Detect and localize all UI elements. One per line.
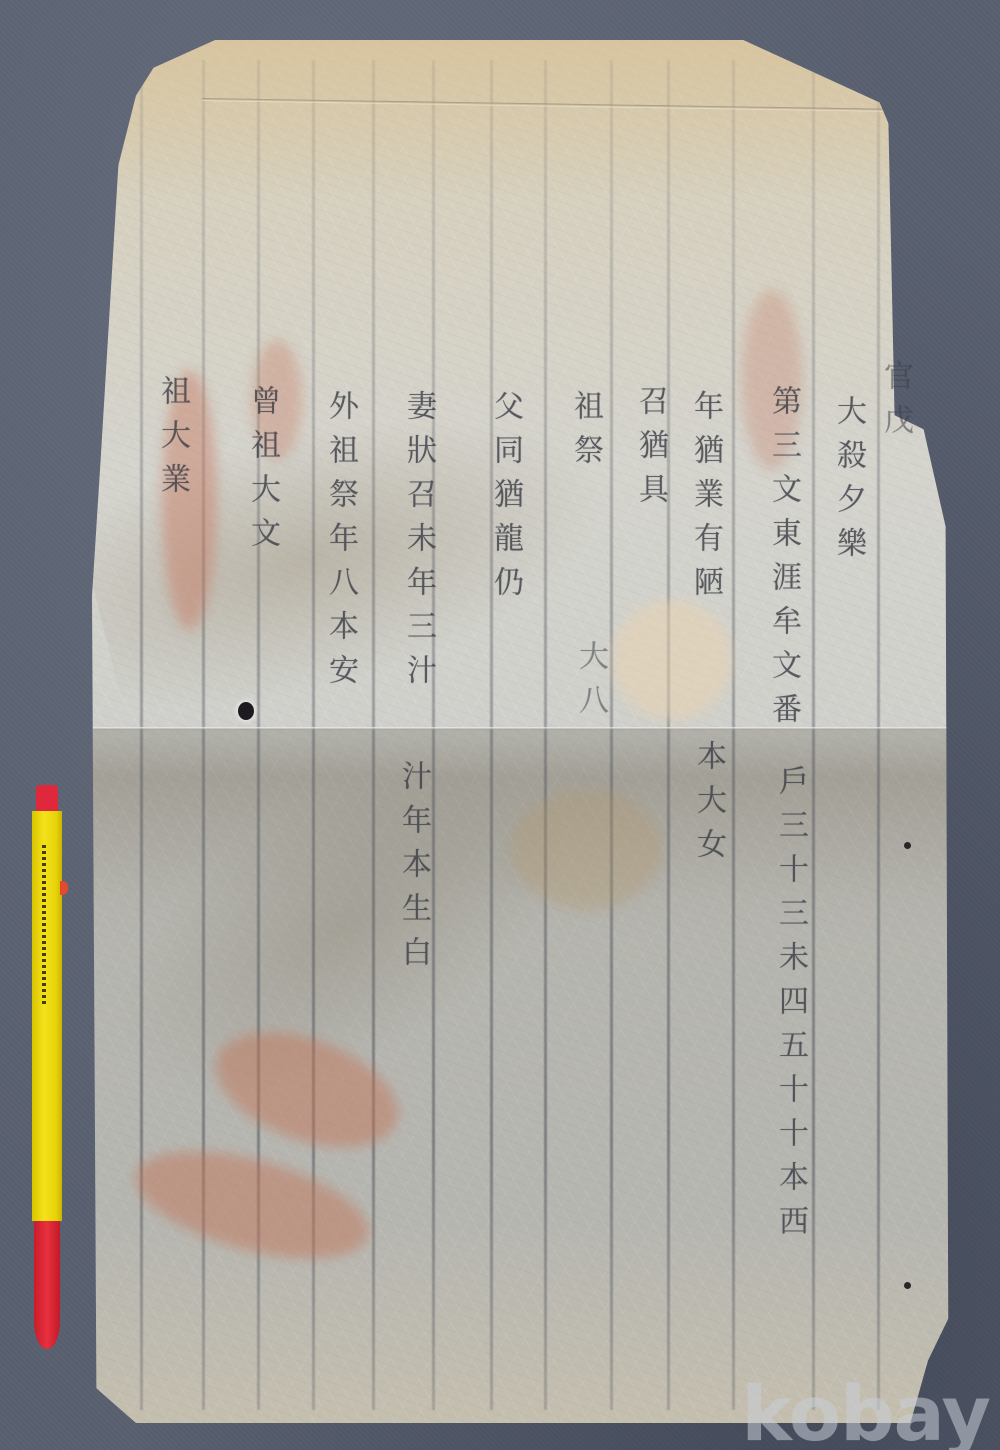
pen-barrel <box>32 811 62 1221</box>
water-stain <box>612 600 732 720</box>
ruled-line <box>490 60 493 1410</box>
ruled-line <box>372 60 375 1410</box>
punch-hole <box>238 702 254 720</box>
ruled-line <box>432 60 435 1410</box>
ruled-line <box>544 60 547 1410</box>
text-column: 父同猶龍仍 <box>490 390 520 610</box>
pen-tip <box>34 1221 60 1349</box>
ruled-line <box>732 60 735 1410</box>
text-column: 本大女 <box>693 740 723 872</box>
kobay-watermark: kobay <box>741 1369 990 1450</box>
ruled-line <box>140 60 143 1410</box>
text-column: 年猶業有陋 <box>690 390 720 610</box>
text-column: 祖祭 <box>570 390 600 478</box>
text-column: 召猶具 <box>635 385 665 517</box>
pin-hole <box>904 842 911 849</box>
ruled-line <box>610 60 613 1410</box>
ruled-line <box>877 60 880 1410</box>
text-column: 外祖祭年八本安 <box>325 390 355 698</box>
text-column: 官戊 <box>880 360 910 448</box>
text-column: 大八 <box>575 640 605 728</box>
pen-push-button <box>36 785 58 813</box>
ruled-line <box>667 60 670 1410</box>
text-column: 第三文東涯牟文番 <box>768 385 798 737</box>
horizontal-fold <box>92 727 972 730</box>
ruled-line <box>812 60 815 1410</box>
water-stain <box>512 790 662 910</box>
ballpoint-pen <box>30 785 64 1350</box>
pin-hole <box>904 1282 911 1289</box>
text-column: 妻狀召未年三汁 <box>403 390 433 698</box>
antique-document-sheet <box>92 40 972 1430</box>
pen-barcode-print <box>42 845 46 1005</box>
text-column: 曾祖大文 <box>247 385 277 561</box>
text-column: 大殺夕樂 <box>833 395 863 571</box>
text-column: 戶三十三未四五十十本西 <box>775 765 805 1249</box>
text-column: 汁年本生白 <box>398 760 428 980</box>
text-column: 祖大業 <box>157 375 187 507</box>
